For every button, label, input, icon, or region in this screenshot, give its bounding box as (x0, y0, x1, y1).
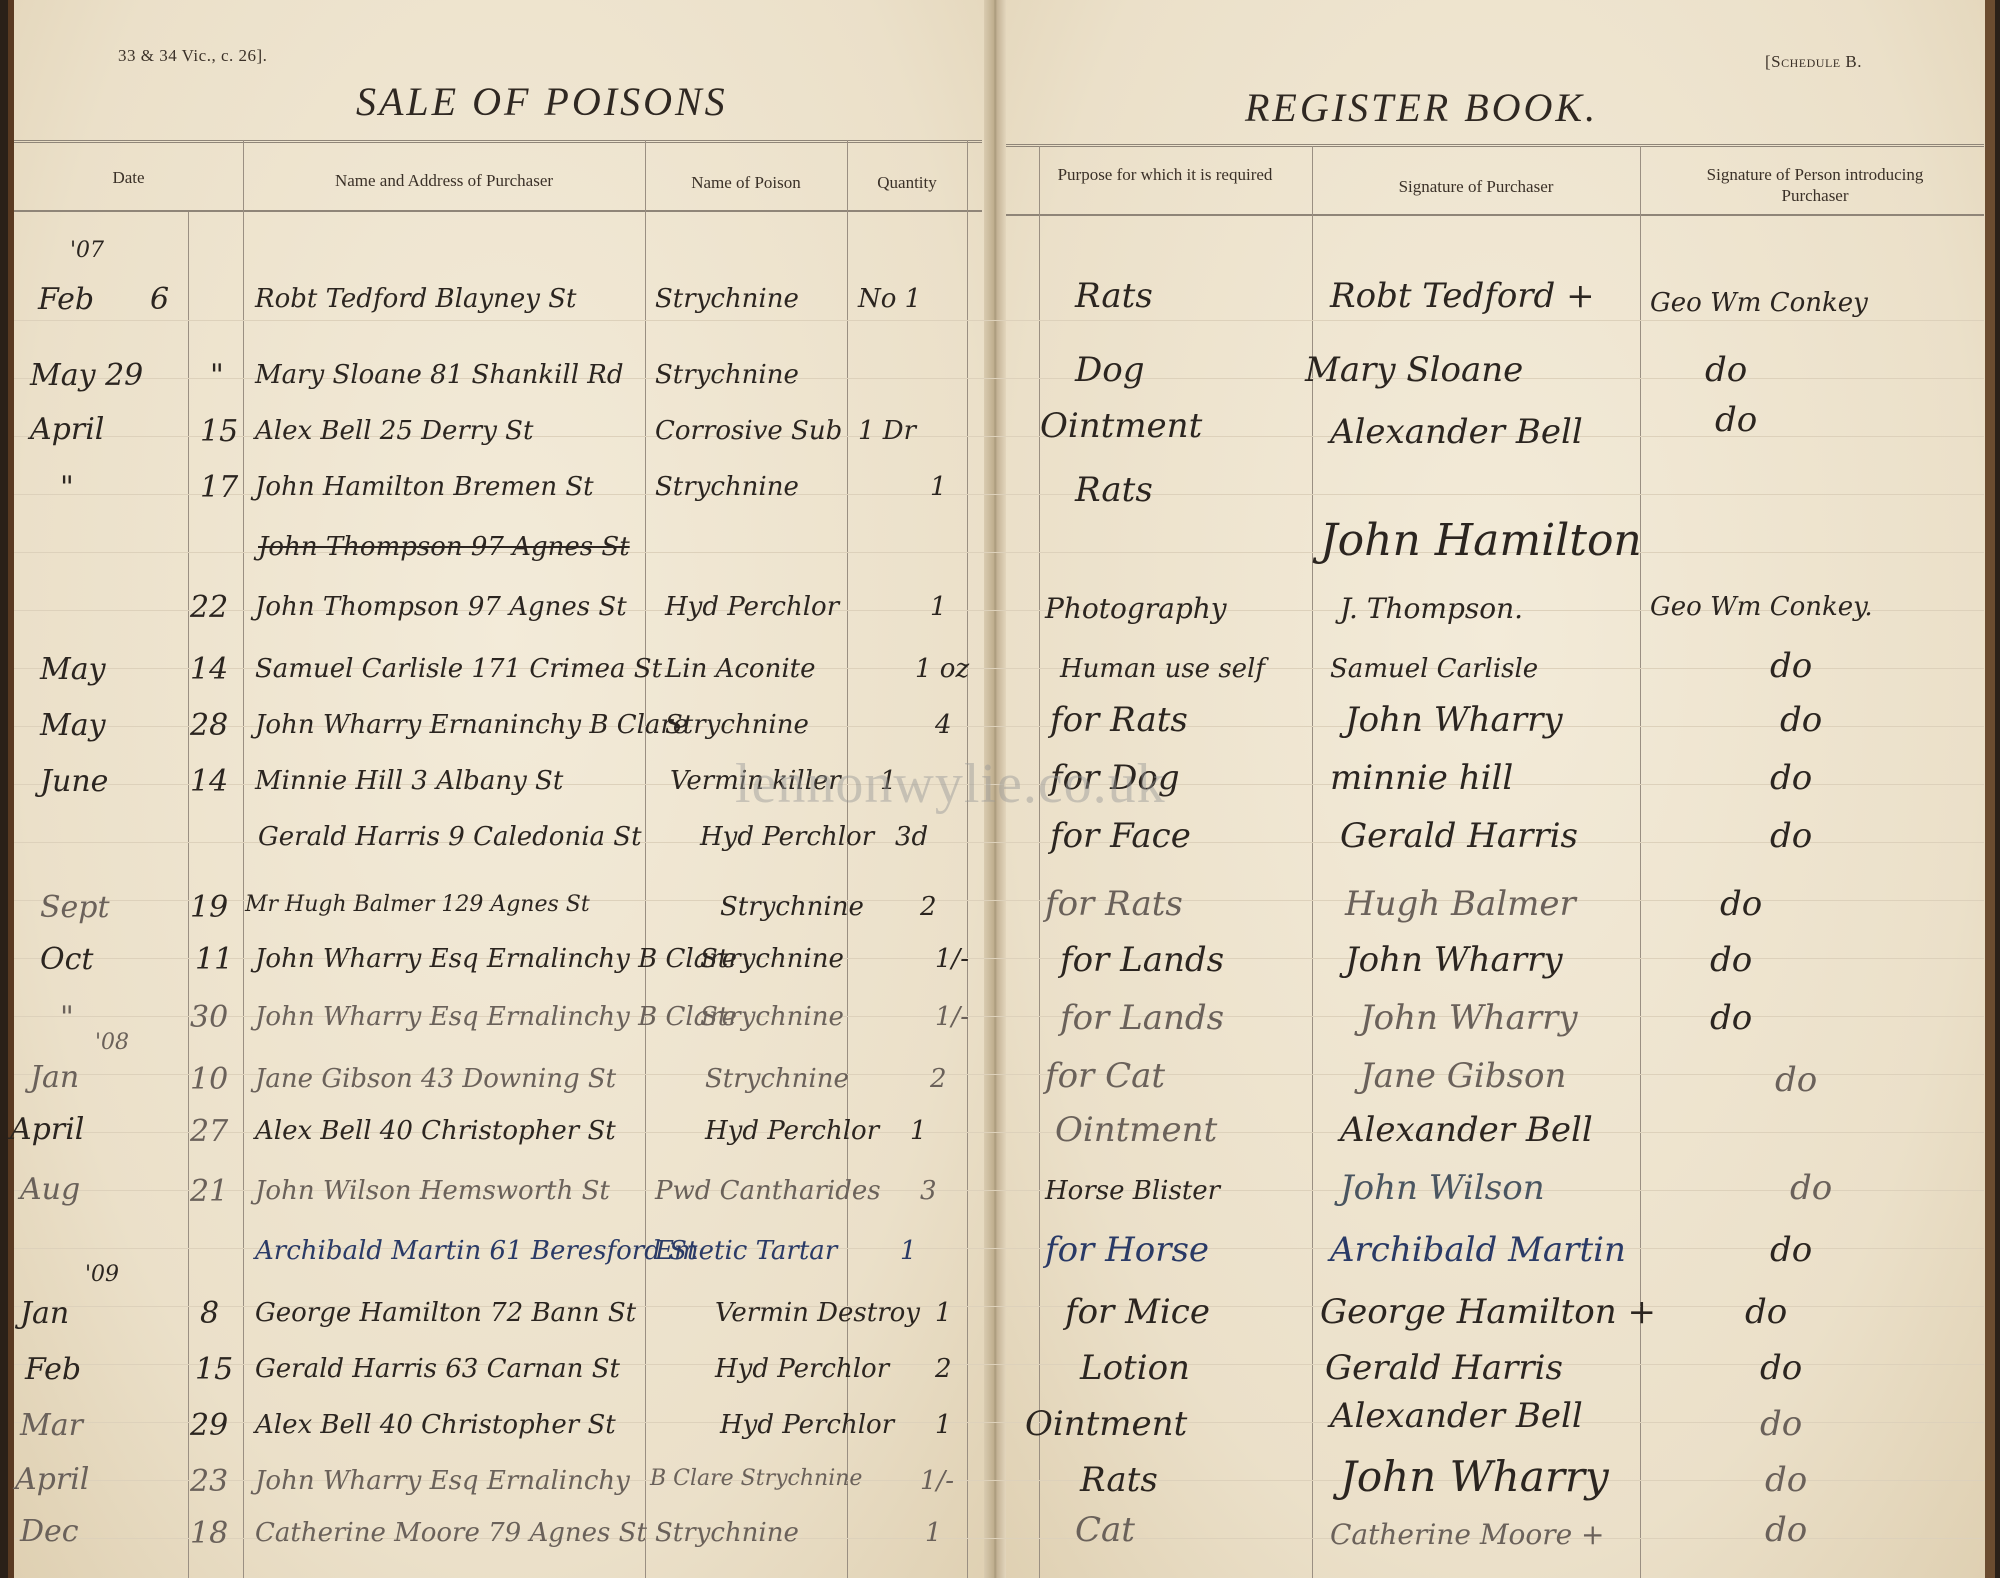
header-bottom-rule (14, 210, 982, 212)
header-bottom-rule-right (1006, 214, 1984, 216)
column-header-quantity: Quantity (847, 172, 967, 193)
day-column-line (188, 212, 189, 1578)
header-top-rule-right (1006, 144, 1984, 147)
column-header-purpose: Purpose for which it is required (1050, 164, 1280, 185)
column-header-date: Date (14, 167, 243, 188)
column-header-introducer-signature: Signature of Person introducing Purchase… (1690, 164, 1940, 206)
year-mark: '09 (85, 1262, 119, 1287)
year-mark: '07 (70, 238, 104, 263)
header-top-rule (14, 140, 982, 143)
title-left: SALE OF POISONS (356, 78, 728, 125)
year-mark: '08 (95, 1030, 129, 1055)
name-column-line (243, 140, 244, 1578)
statute-reference: 33 & 34 Vic., c. 26]. (118, 46, 267, 66)
column-header-poison: Name of Poison (645, 172, 847, 193)
column-header-name-address: Name and Address of Purchaser (243, 170, 645, 191)
poison-column-line (645, 140, 646, 1578)
register-book-spread: 33 & 34 Vic., c. 26]. [Schedule B. SALE … (0, 0, 2000, 1578)
watermark: lennonwylie.co.uk (735, 752, 1166, 816)
column-header-purchaser-signature: Signature of Purchaser (1312, 176, 1640, 197)
title-right: REGISTER BOOK. (1245, 84, 1598, 131)
left-edge-line (967, 140, 968, 1578)
schedule-reference: [Schedule B. (1765, 52, 1862, 72)
